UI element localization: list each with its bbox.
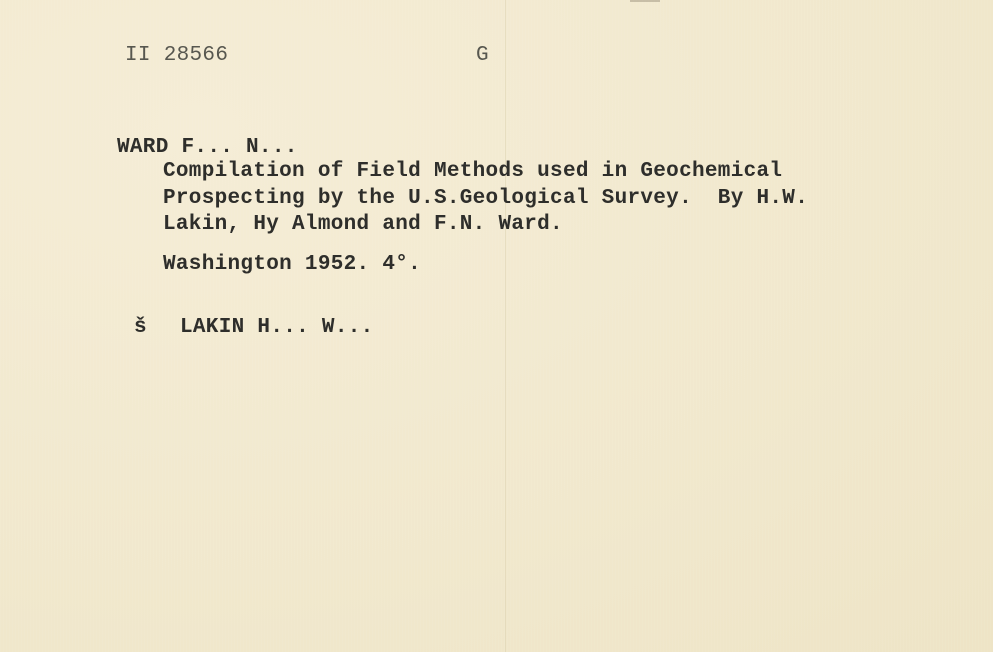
tracing-marker: š — [134, 316, 147, 340]
catalog-card: II 28566 G WARD F... N... Compilation of… — [0, 0, 993, 652]
call-number: II 28566 — [125, 44, 228, 68]
title-line: Prospecting by the U.S.Geological Survey… — [163, 187, 808, 211]
class-mark: G — [476, 44, 489, 68]
title-line: Compilation of Field Methods used in Geo… — [163, 160, 782, 184]
paper-top-mark — [630, 0, 660, 2]
added-entry: LAKIN H... W... — [180, 316, 374, 340]
title-line: Lakin, Hy Almond and F.N. Ward. — [163, 213, 563, 237]
paper-fold-line — [505, 0, 506, 652]
main-entry-author: WARD F... N... — [117, 136, 298, 160]
imprint: Washington 1952. 4°. — [163, 253, 421, 277]
